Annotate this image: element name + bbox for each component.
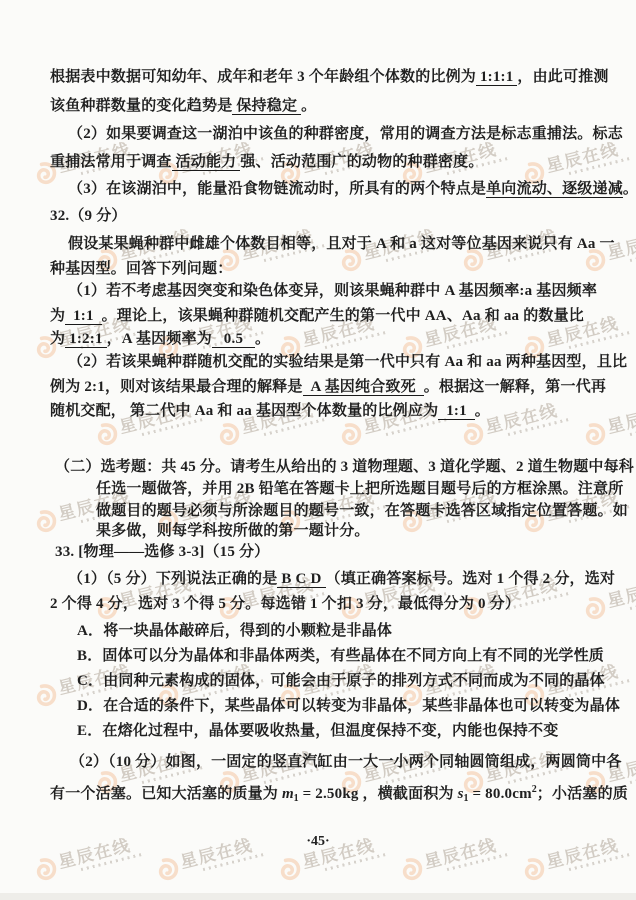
text-segment: ，A 基因频率为	[107, 331, 212, 347]
text-segment: = 80.0cm	[469, 786, 532, 802]
q31-trend-answer-line: 该鱼种群数量的变化趋势是 保持稳定 。	[50, 97, 316, 117]
document-text-layer: 根据表中数据可知幼年、成年和老年 3 个年龄组个体数的比例为 1:1:1 ，由此…	[0, 0, 636, 900]
answer-blank: 0.5	[212, 331, 255, 348]
answer-blank: 1:1:1	[476, 69, 517, 86]
page-number: ·45·	[0, 834, 636, 850]
q33-option-d: D．在合适的条件下，某些晶体可以转变为非晶体，某些非晶体也可以转变为晶体	[77, 697, 620, 717]
answer-blank: 1:2:1	[65, 331, 106, 348]
text-segment: 随机交配， 第二代中 Aa 和 aa 基因型个体数量的比例应为	[50, 403, 438, 419]
q31-sub2-line2: 重捕法常用于调查 活动能力 强、活动范围广的动物的种群密度。	[50, 153, 484, 173]
answer-blank: 1:1	[65, 308, 101, 325]
q32-sub1-line2: 为 1:1 。理论上，该果蝇种群随机交配产生的第一代中 AA、Aa 和 aa 的…	[50, 307, 584, 327]
q31-ratio-answer-line: 根据表中数据可知幼年、成年和老年 3 个年龄组个体数的比例为 1:1:1 ，由此…	[50, 68, 609, 88]
text-segment: A．将一块晶体敲碎后，得到的小颗粒是非晶体	[77, 623, 392, 639]
q32-sub1-line1: （1）若不考虑基因突变和染色体变异，则该果蝇种群中 A 基因频率:a 基因频率	[68, 282, 597, 302]
text-segment: 重捕法常用于调查	[50, 154, 172, 170]
q32-intro-line1: 假设某果蝇种群中雌雄个体数目相等，且对于 A 和 a 这对等位基因来说只有 Aa…	[68, 235, 615, 255]
text-segment: ，由此可推测	[517, 69, 608, 85]
q33-sub2-line2: 有一个活塞。已知大活塞的质量为 m1 = 2.50kg ，横截面积为 s1 = …	[50, 780, 628, 800]
text-segment: （1）（5 分）下列说法正确的是	[68, 571, 277, 587]
text-segment: m	[282, 786, 294, 802]
q33-sub1-line2: 2 个得 4 分，选对 3 个得 5 分。每选错 1 个扣 3 分，最低得分为 …	[50, 595, 520, 615]
q31-sub2-line1: （2）如果要调查这一湖泊中该鱼的种群密度，常用的调查方法是标志重捕法。标志	[68, 125, 623, 145]
q33-header: 33. [物理——选修 3-3]（15 分）	[55, 543, 269, 563]
text-segment: （2）如果要调查这一湖泊中该鱼的种群密度，常用的调查方法是标志重捕法。标志	[68, 126, 623, 142]
text-segment: （3）在该湖泊中，能量沿食物链流动时，所具有的两个特点是	[68, 181, 486, 197]
text-segment: 任选一题做答，并用 2B 铅笔在答题卡上把所选题目题号后的方框涂黑。注意所	[96, 481, 623, 497]
text-segment: （填正确答案标号。选对 1 个得 2 分，选对	[326, 571, 616, 587]
text-segment: 为	[50, 331, 65, 347]
text-segment: B．固体可以分为晶体和非晶体两类，有些晶体在不同方向上有不同的光学性质	[77, 648, 604, 664]
section2-notice-line2: 任选一题做答，并用 2B 铅笔在答题卡上把所选题目题号后的方框涂黑。注意所	[96, 480, 623, 500]
q31-sub3-line: （3）在该湖泊中，能量沿食物链流动时，所具有的两个特点是单向流动、逐级递减。	[68, 180, 636, 200]
q33-sub1-line1: （1）（5 分）下列说法正确的是 B C D （填正确答案标号。选对 1 个得 …	[68, 570, 615, 590]
answer-blank: B C D	[277, 571, 325, 588]
text-segment: E．在熔化过程中，晶体要吸收热量，但温度保持不变，内能也保持不变	[77, 723, 558, 739]
text-segment: 该鱼种群数量的变化趋势是	[50, 98, 232, 114]
section2-notice-line4: 果多做，则每学科按所做的第一题计分。	[96, 522, 370, 542]
text-segment: 32.（9 分）	[50, 208, 127, 224]
text-segment: ；小活塞的质	[537, 786, 628, 802]
text-segment: （二）选考题：共 45 分。请考生从给出的 3 道物理题、3 道化学题、2 道生…	[55, 459, 634, 475]
q33-option-a: A．将一块晶体敲碎后，得到的小颗粒是非晶体	[77, 622, 392, 642]
text-segment: 假设某果蝇种群中雌雄个体数目相等，且对于 A 和 a 这对等位基因来说只有 Aa…	[68, 236, 615, 252]
q32-sub1-line3: 为 1:2:1 ，A 基因频率为 0.5 。	[50, 330, 270, 350]
text-segment: 33. [物理——选修 3-3]（15 分）	[55, 544, 269, 560]
text-segment: 果多做，则每学科按所做的第一题计分。	[96, 523, 370, 539]
text-segment: 。	[475, 403, 490, 419]
exam-page: 星辰在线星辰在线星辰在线星辰在线星辰在线星辰在线星辰在线星辰在线星辰在线星辰在线…	[0, 0, 636, 900]
q32-sub2-line2: 例为 2:1，则对该结果最合理的解释是 A 基因纯合致死 。根据这一解释，第一代…	[50, 378, 606, 398]
text-segment: 例为 2:1，则对该结果最合理的解释是	[50, 379, 303, 395]
text-segment: 做题目的题号必须与所涂题目的题号一致，在答题卡选答区域指定位置答题。如	[96, 503, 628, 519]
q33-option-e: E．在熔化过程中，晶体要吸收热量，但温度保持不变，内能也保持不变	[77, 722, 558, 742]
text-segment: C．由同种元素构成的固体，可能会由于原子的排列方式不同而成为不同的晶体	[77, 673, 605, 689]
text-segment: 为	[50, 308, 65, 324]
text-segment: 。理论上，该果蝇种群随机交配产生的第一代中 AA、Aa 和 aa 的数量比	[102, 308, 584, 324]
q32-sub2-line1: （2）若该果蝇种群随机交配的实验结果是第一代中只有 Aa 和 aa 两种基因型，…	[68, 353, 627, 373]
q33-option-b: B．固体可以分为晶体和非晶体两类，有些晶体在不同方向上有不同的光学性质	[77, 647, 604, 667]
answer-blank: A 基因纯合致死	[303, 379, 424, 396]
answer-blank: 活动能力	[172, 154, 241, 171]
q32-sub2-line3: 随机交配， 第二代中 Aa 和 aa 基因型个体数量的比例应为 1:1 。	[50, 402, 490, 422]
answer-blank: 保持稳定	[232, 98, 301, 115]
text-segment: 有一个活塞。已知大活塞的质量为	[50, 786, 282, 802]
text-segment: 种基因型。回答下列问题：	[50, 261, 232, 277]
text-segment: （1）若不考虑基因突变和染色体变异，则该果蝇种群中 A 基因频率:a 基因频率	[68, 283, 597, 299]
text-segment: 。	[301, 98, 316, 114]
text-segment: = 2.50kg ，横截面积为	[299, 786, 458, 802]
text-segment: 。	[623, 181, 636, 197]
text-segment: （2）（10 分）如图，一固定的竖直汽缸由一大一小两个同轴圆筒组成，两圆筒中各	[70, 754, 622, 770]
text-segment: 。根据这一解释，第一代再	[424, 379, 606, 395]
q33-option-c: C．由同种元素构成的固体，可能会由于原子的排列方式不同而成为不同的晶体	[77, 672, 605, 692]
text-segment: 强、活动范围广的动物的种群密度。	[240, 154, 483, 170]
q32-intro-line2: 种基因型。回答下列问题：	[50, 260, 232, 280]
q32-header: 32.（9 分）	[50, 207, 127, 227]
text-segment: 2 个得 4 分，选对 3 个得 5 分。每选错 1 个扣 3 分，最低得分为 …	[50, 596, 520, 612]
text-segment: （2）若该果蝇种群随机交配的实验结果是第一代中只有 Aa 和 aa 两种基因型，…	[68, 354, 627, 370]
text-segment: 根据表中数据可知幼年、成年和老年 3 个年龄组个体数的比例为	[50, 69, 476, 85]
scan-edge-shadow	[0, 893, 636, 900]
q33-sub2-line1: （2）（10 分）如图，一固定的竖直汽缸由一大一小两个同轴圆筒组成，两圆筒中各	[70, 753, 622, 773]
section2-notice-line3: 做题目的题号必须与所涂题目的题号一致，在答题卡选答区域指定位置答题。如	[96, 502, 628, 522]
text-segment: D．在合适的条件下，某些晶体可以转变为非晶体，某些非晶体也可以转变为晶体	[77, 698, 620, 714]
answer-blank: 1:1	[438, 403, 474, 420]
section2-notice-line1: （二）选考题：共 45 分。请考生从给出的 3 道物理题、3 道化学题、2 道生…	[55, 458, 634, 478]
answer-blank: 单向流动、逐级递减	[486, 181, 623, 198]
text-segment: 。	[255, 331, 270, 347]
